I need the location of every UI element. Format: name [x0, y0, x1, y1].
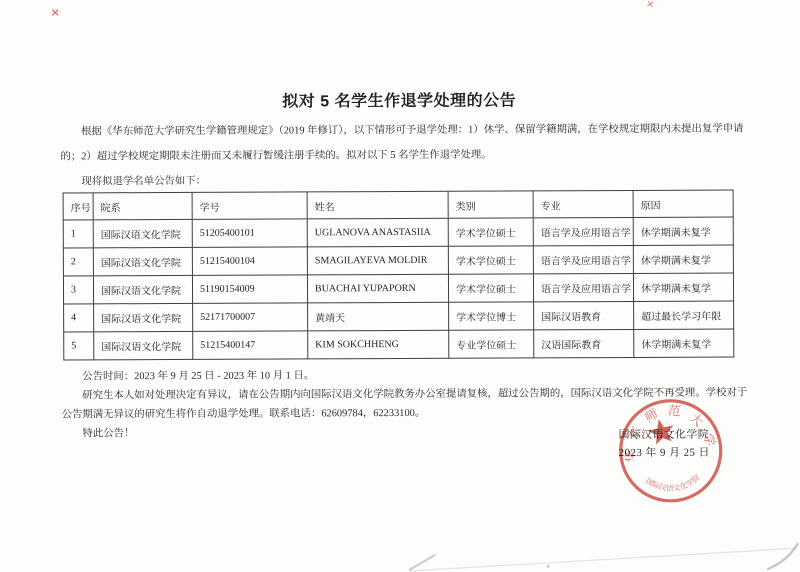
column-header: 序号	[63, 193, 93, 220]
table-cell: 休学期满未复学	[633, 273, 733, 301]
table-cell: 5	[64, 332, 94, 360]
table-cell: UGLANOVA ANASTASIIA	[307, 218, 448, 247]
table-cell: 语言学及应用语言学	[533, 217, 633, 245]
page-title: 拟对 5 名学生作退学处理的公告	[0, 86, 799, 112]
table-cell: 52171700007	[193, 303, 308, 332]
column-header: 姓名	[307, 191, 448, 219]
red-cross-mark-top-left: ×	[51, 4, 60, 21]
official-seal-stamp: 华东师范大学 国际汉语文化学院	[614, 394, 726, 508]
table-cell: 国际汉语文化学院	[93, 275, 192, 303]
table-row: 3国际汉语文化学院51190154009BUACHAI YUPAPORN学术学位…	[63, 273, 733, 304]
table-cell: 51215400104	[192, 247, 307, 276]
table-cell: BUACHAI YUPAPORN	[307, 274, 448, 303]
table-cell: 汉语国际教育	[534, 329, 634, 357]
column-header: 专业	[533, 190, 633, 217]
column-header: 学号	[192, 192, 307, 220]
table-cell: 专业学位硕士	[449, 330, 534, 358]
table-cell: 3	[63, 276, 93, 304]
scanned-document-page: × × 拟对 5 名学生作退学处理的公告 根据《华东师范大学研究生学籍管理规定》…	[0, 0, 800, 572]
student-roster-table: 序号院系学号姓名类别专业原因 1国际汉语文化学院51205400101UGLAN…	[63, 190, 735, 361]
intro-paragraphs: 根据《华东师范大学研究生学籍管理规定》（2019 年修订），以下情形可予退学处理…	[60, 116, 750, 194]
scan-edge-artifacts	[1, 530, 800, 572]
table-cell: 休学期满未复学	[633, 217, 733, 245]
table-header-row: 序号院系学号姓名类别专业原因	[63, 190, 733, 220]
table-cell: 学术学位硕士	[448, 218, 533, 246]
paper-edge-line	[409, 548, 796, 571]
column-header: 类别	[448, 191, 533, 218]
paper-edge-wedge	[409, 555, 435, 570]
table-cell: 国际汉语教育	[534, 301, 634, 329]
paper-corner-curl	[767, 543, 798, 569]
table-cell: 学术学位博士	[449, 302, 534, 330]
scan-speck	[547, 565, 550, 568]
table-cell: 语言学及应用语言学	[533, 273, 633, 301]
table-row: 2国际汉语文化学院51215400104SMAGILAYEVA MOLDIR学术…	[63, 245, 733, 276]
table-cell: 国际汉语文化学院	[94, 331, 193, 359]
table-row: 4国际汉语文化学院52171700007黄靖天学术学位博士国际汉语教育超过最长学…	[64, 301, 734, 332]
red-cross-mark-top-right: ×	[645, 0, 655, 11]
table-cell: SMAGILAYEVA MOLDIR	[307, 246, 448, 275]
table-cell: 51205400101	[192, 219, 307, 248]
table-cell: 2	[63, 248, 93, 276]
table-cell: 国际汉语文化学院	[94, 303, 193, 331]
table-cell: KIM SOKCHHENG	[308, 330, 449, 359]
table-cell: 国际汉语文化学院	[93, 247, 192, 275]
table-cell: 学术学位硕士	[448, 274, 533, 302]
table-cell: 休学期满未复学	[634, 329, 734, 357]
table-cell: 51190154009	[192, 275, 307, 304]
intro-line-2: 的；2）超过学校规定期限未注册而又未履行暂缓注册手续的。拟对以下 5 名学生作退…	[60, 141, 750, 169]
table-row: 1国际汉语文化学院51205400101UGLANOVA ANASTASIIA学…	[63, 217, 733, 248]
table-cell: 超过最长学习年限	[634, 301, 734, 329]
table-row: 5国际汉语文化学院51215400147KIM SOKCHHENG专业学位硕士汉…	[64, 329, 734, 360]
table-body: 1国际汉语文化学院51205400101UGLANOVA ANASTASIIA学…	[63, 217, 734, 360]
column-header: 原因	[633, 190, 733, 217]
table-cell: 黄靖天	[308, 302, 449, 331]
column-header: 院系	[93, 192, 192, 219]
table-cell: 学术学位硕士	[448, 246, 533, 274]
table-cell: 1	[63, 220, 93, 248]
intro-line-1: 根据《华东师范大学研究生学籍管理规定》（2019 年修订），以下情形可予退学处理…	[60, 116, 750, 144]
table-cell: 休学期满未复学	[633, 245, 733, 273]
table-cell: 国际汉语文化学院	[93, 219, 192, 247]
table-cell: 语言学及应用语言学	[533, 245, 633, 273]
table-cell: 4	[64, 304, 94, 332]
table-cell: 51215400147	[193, 331, 308, 360]
header-row: 序号院系学号姓名类别专业原因	[63, 190, 733, 220]
document-content: × × 拟对 5 名学生作退学处理的公告 根据《华东师范大学研究生学籍管理规定》…	[0, 0, 800, 572]
